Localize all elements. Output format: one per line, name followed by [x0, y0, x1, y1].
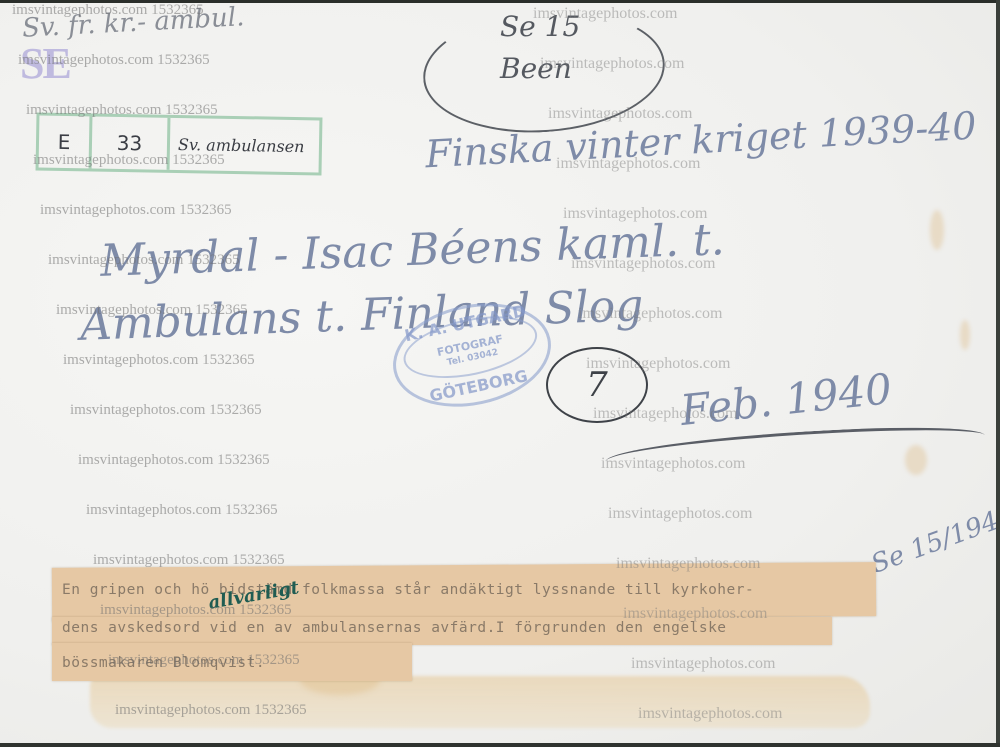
scan-edge-bottom [0, 743, 1000, 747]
watermark: imsvintagephotos.com [586, 355, 730, 373]
watermark: imsvintagephotos.com 1532365 [48, 252, 240, 269]
watermark: imsvintagephotos.com 1532365 [40, 202, 232, 219]
watermark: imsvintagephotos.com [556, 155, 700, 173]
watermark: imsvintagephotos.com 1532365 [12, 2, 204, 19]
stain-spot [960, 320, 970, 350]
watermark: imsvintagephotos.com [593, 405, 737, 423]
watermark: imsvintagephotos.com [563, 205, 707, 223]
watermark: imsvintagephotos.com 1532365 [56, 302, 248, 319]
watermark: imsvintagephotos.com 1532365 [70, 402, 262, 419]
watermark: imsvintagephotos.com 1532365 [18, 52, 210, 69]
watermark: imsvintagephotos.com 1532365 [63, 352, 255, 369]
watermark: imsvintagephotos.com [578, 305, 722, 323]
watermark: imsvintagephotos.com [608, 505, 752, 523]
watermark: imsvintagephotos.com 1532365 [100, 602, 292, 619]
watermark: imsvintagephotos.com [540, 55, 684, 73]
watermark: imsvintagephotos.com [623, 605, 767, 623]
watermark: imsvintagephotos.com 1532365 [33, 152, 225, 169]
watermark: imsvintagephotos.com [631, 655, 775, 673]
scan-edge-right [996, 0, 1000, 747]
watermark: imsvintagephotos.com [533, 5, 677, 23]
watermark: imsvintagephotos.com [616, 555, 760, 573]
caption-line-1: En gripen och hö bidstämd folkmassa står… [62, 582, 754, 598]
watermark: imsvintagephotos.com [548, 105, 692, 123]
watermark: imsvintagephotos.com 1532365 [93, 552, 285, 569]
watermark: imsvintagephotos.com 1532365 [86, 502, 278, 519]
watermark: imsvintagephotos.com [601, 455, 745, 473]
watermark: imsvintagephotos.com [638, 705, 782, 723]
stain-spot [930, 210, 944, 250]
watermark: imsvintagephotos.com 1532365 [115, 702, 307, 719]
watermark: imsvintagephotos.com 1532365 [26, 102, 218, 119]
watermark: imsvintagephotos.com 1532365 [108, 652, 300, 669]
watermark: imsvintagephotos.com 1532365 [78, 452, 270, 469]
watermark: imsvintagephotos.com [571, 255, 715, 273]
